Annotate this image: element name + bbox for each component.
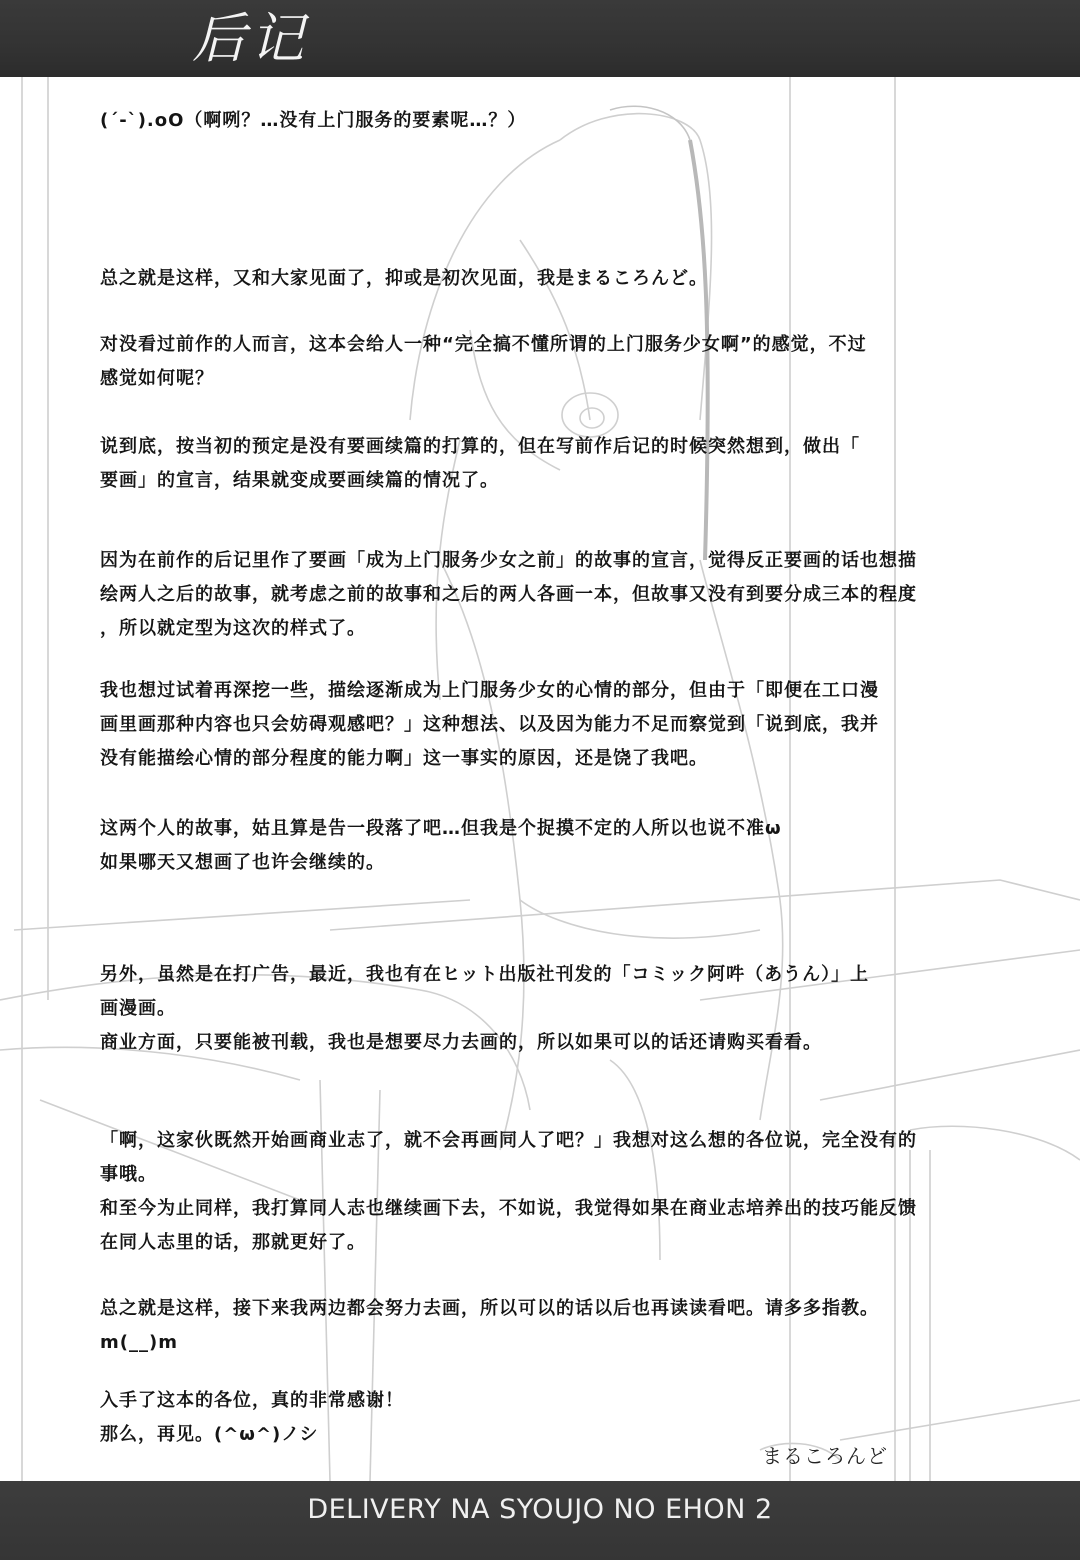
paragraph-line: 要画」的宣言，结果就变成要画续篇的情况了。 xyxy=(100,464,1020,498)
paragraph-3: 说到底，按当初的预定是没有要画续篇的打算的，但在写前作后记的时候突然想到，做出「… xyxy=(100,430,1020,498)
paragraph-4: 因为在前作的后记里作了要画「成为上门服务少女之前」的故事的宣言，觉得反正要画的话… xyxy=(100,544,1020,646)
page-title: 后记 xyxy=(192,6,308,72)
paragraph-1: 总之就是这样，又和大家见面了，抑或是初次见面，我是まるころんど。 xyxy=(100,262,1020,296)
paragraph-line: 另外，虽然是在打广告，最近，我也有在ヒット出版社刊发的「コミック阿吽（あうん）」… xyxy=(100,958,1020,992)
paragraph-line: 和至今为止同样，我打算同人志也继续画下去，不如说，我觉得如果在商业志培养出的技巧… xyxy=(100,1192,1020,1226)
paragraph-line: 商业方面，只要能被刊载，我也是想要尽力去画的，所以如果可以的话还请购买看看。 xyxy=(100,1026,1020,1060)
paragraph-line: 感觉如何呢？ xyxy=(100,362,1020,396)
paragraph-line: 入手了这本的各位，真的非常感谢！ xyxy=(100,1384,1020,1418)
paragraph-line: 这两个人的故事，姑且算是告一段落了吧…但我是个捉摸不定的人所以也说不准ω xyxy=(100,812,1020,846)
paragraph-line: 对没看过前作的人而言，这本会给人一种“完全搞不懂所谓的上门服务少女啊”的感觉，不… xyxy=(100,328,1020,362)
paragraph-0: (´-`).oO（啊咧？…没有上门服务的要素呢…？） xyxy=(100,104,1020,138)
paragraph-line: 因为在前作的后记里作了要画「成为上门服务少女之前」的故事的宣言，觉得反正要画的话… xyxy=(100,544,1020,578)
paragraph-8: 「啊，这家伙既然开始画商业志了，就不会再画同人了吧？」我想对这么想的各位说，完全… xyxy=(100,1124,1020,1260)
paragraph-6: 这两个人的故事，姑且算是告一段落了吧…但我是个捉摸不定的人所以也说不准ω 如果哪… xyxy=(100,812,1020,880)
author-signature: まるころんど xyxy=(762,1440,888,1469)
paragraph-line: 「啊，这家伙既然开始画商业志了，就不会再画同人了吧？」我想对这么想的各位说，完全… xyxy=(100,1124,1020,1158)
paragraph-2: 对没看过前作的人而言，这本会给人一种“完全搞不懂所谓的上门服务少女啊”的感觉，不… xyxy=(100,328,1020,396)
paragraph-5: 我也想过试着再深挖一些，描绘逐渐成为上门服务少女的心情的部分，但由于「即便在工口… xyxy=(100,674,1020,776)
footer-book-title: DELIVERY NA SYOUJO NO EHON 2 xyxy=(0,1494,1080,1525)
paragraph-7: 另外，虽然是在打广告，最近，我也有在ヒット出版社刊发的「コミック阿吽（あうん）」… xyxy=(100,958,1020,1060)
paragraph-line: 没有能描绘心情的部分程度的能力啊」这一事实的原因，还是饶了我吧。 xyxy=(100,742,1020,776)
paragraph-line: 事哦。 xyxy=(100,1158,1020,1192)
paragraph-line: 绘两人之后的故事，就考虑之前的故事和之后的两人各画一本，但故事又没有到要分成三本… xyxy=(100,578,1020,612)
paragraph-line: 在同人志里的话，那就更好了。 xyxy=(100,1226,1020,1260)
paragraph-line: (´-`).oO（啊咧？…没有上门服务的要素呢…？） xyxy=(100,104,1020,138)
paragraph-line: m(__)m xyxy=(100,1326,1020,1360)
paragraph-line: 我也想过试着再深挖一些，描绘逐渐成为上门服务少女的心情的部分，但由于「即便在工口… xyxy=(100,674,1020,708)
paragraph-line: 画漫画。 xyxy=(100,992,1020,1026)
paragraph-line: ，所以就定型为这次的样式了。 xyxy=(100,612,1020,646)
paragraph-line: 画里画那种内容也只会妨碍观感吧？」这种想法、以及因为能力不足而察觉到「说到底，我… xyxy=(100,708,1020,742)
paragraph-line: 总之就是这样，接下来我两边都会努力去画，所以可以的话以后也再读读看吧。请多多指教… xyxy=(100,1292,1020,1326)
header-band xyxy=(0,0,1080,77)
paragraph-line: 总之就是这样，又和大家见面了，抑或是初次见面，我是まるころんど。 xyxy=(100,262,1020,296)
paragraph-9: 总之就是这样，接下来我两边都会努力去画，所以可以的话以后也再读读看吧。请多多指教… xyxy=(100,1292,1020,1360)
paragraph-line: 如果哪天又想画了也许会继续的。 xyxy=(100,846,1020,880)
paragraph-line: 说到底，按当初的预定是没有要画续篇的打算的，但在写前作后记的时候突然想到，做出「 xyxy=(100,430,1020,464)
